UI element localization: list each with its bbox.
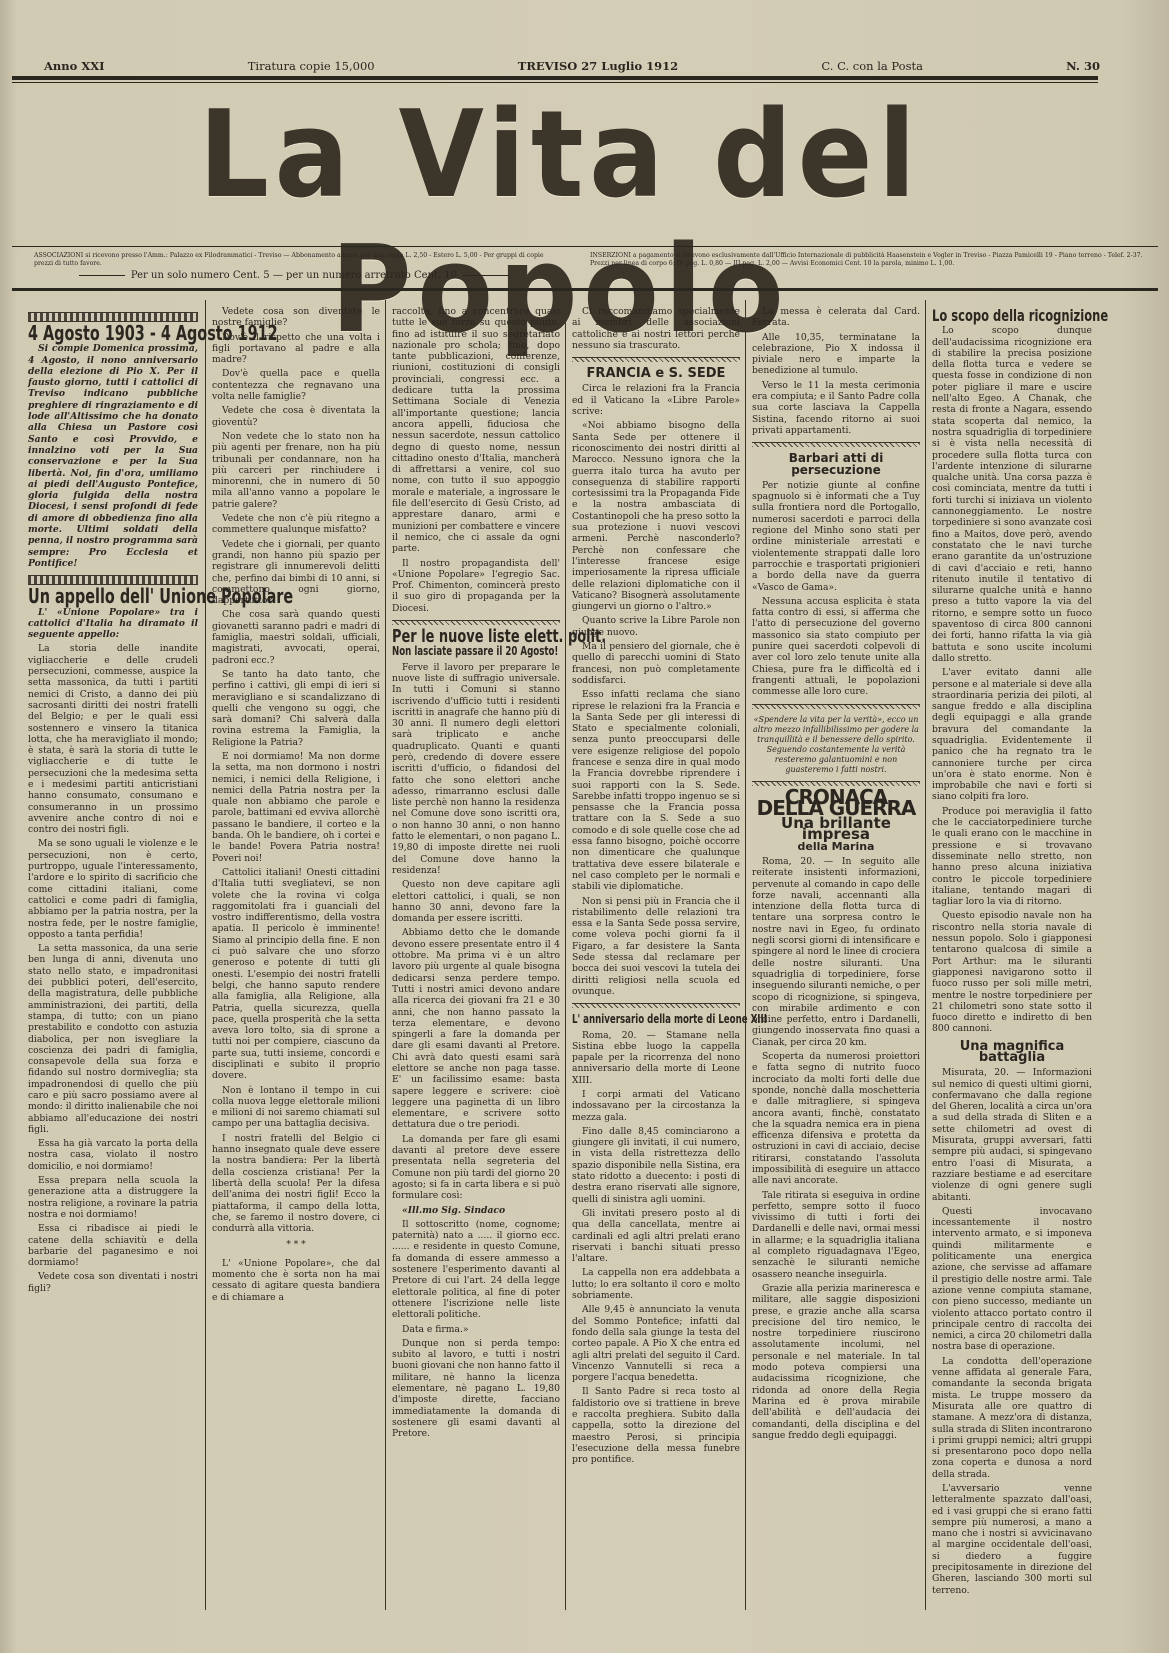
- column-2: Vedete cosa son diventate le nostre fami…: [212, 306, 380, 1306]
- column-divider: [745, 300, 746, 1610]
- paragraph: Produce poi meraviglia il fatto che le c…: [932, 806, 1092, 908]
- paragraph: Circa le relazioni fra la Francia ed il …: [572, 383, 740, 417]
- paragraph: Non si pensi più in Francia che il rista…: [572, 896, 740, 998]
- associazioni-box: ASSOCIAZIONI si ricevono presso l'Amm.: …: [34, 252, 554, 280]
- issue-number: N. 30: [1066, 59, 1100, 73]
- paragraph: Dov'è quella pace e quella contentezza c…: [212, 368, 380, 402]
- paragraph: Il sottoscritto (nome, cognome; paternit…: [392, 1219, 560, 1321]
- paragraph: Vedete che non c'è più ritegno a commett…: [212, 513, 380, 536]
- paragraph: Il nostro propagandista dell' «Unione Po…: [392, 558, 560, 614]
- paragraph: Essa ha già varcato la porta della nostr…: [28, 1138, 198, 1172]
- inserzioni-text: INSERZIONI a pagamento si ricevono esclu…: [590, 252, 1143, 267]
- tiratura-label: Tiratura copie 15,000: [248, 59, 375, 73]
- column-6: Lo scopo della ricognizione Lo scopo dun…: [932, 306, 1092, 1599]
- paragraph: E noi dormiamo! Ma non dorme la setta, m…: [212, 751, 380, 864]
- paragraph: Che cosa sarà quando questi giovanetti s…: [212, 609, 380, 665]
- subhead-rule-top: [12, 246, 1158, 247]
- paragraph: La condotta dell'operazione venne affida…: [932, 1356, 1092, 1480]
- column-divider: [925, 300, 926, 1610]
- paragraph: Esso infatti reclama che siano riprese l…: [572, 689, 740, 892]
- paragraph: Questo episodio navale non ha riscontro …: [932, 910, 1092, 1034]
- paragraph: «Ill.mo Sig. Sindaco: [392, 1205, 560, 1216]
- paragraph: Nessuna accusa esplicita è stata fatta c…: [752, 596, 920, 698]
- paragraph: Vedete cosa son diventati i nostri figli…: [28, 1271, 198, 1294]
- paragraph: Non vedete che lo stato non ha più agent…: [212, 431, 380, 510]
- paragraph: Quanto scrive la Libre Parole non giunge…: [572, 615, 740, 638]
- section-stars: * * *: [212, 1240, 380, 1251]
- paragraph: Data e firma.»: [392, 1324, 560, 1335]
- paragraph: Questi invocavano incessantemente il nos…: [932, 1206, 1092, 1353]
- column-3: raccolta, fino a concentrare quasi tutte…: [392, 306, 560, 1443]
- dateline: TREVISO 27 Luglio 1912: [518, 59, 678, 73]
- paragraph: Ma se sono uguali le violenze e le perse…: [28, 838, 198, 940]
- paragraph: La setta massonica, da una serie ben lun…: [28, 943, 198, 1135]
- paragraph: I corpi armati del Vaticano indossavano …: [572, 1089, 740, 1123]
- paragraph: «Noi abbiamo bisogno della Santa Sede pe…: [572, 420, 740, 612]
- ornament-divider: [572, 1003, 740, 1008]
- masthead-title: La Vita del Popolo: [137, 88, 983, 223]
- scopo-title: Lo scopo della ricognizione: [932, 310, 1047, 321]
- newspaper-page: Anno XXI Tiratura copie 15,000 TREVISO 2…: [0, 0, 1169, 1653]
- paragraph: Scoperta da numerosi proiettori e fatta …: [752, 1051, 920, 1187]
- ornament-divider: [752, 704, 920, 709]
- paragraph: Verso le 11 la mesta cerimonia era compi…: [752, 380, 920, 436]
- cronaca-title: CRONACA DELLA GUERRA: [752, 792, 920, 815]
- paragraph: Il Santo Padre si reca tosto al faldisto…: [572, 1386, 740, 1465]
- paragraph: Ferve il lavoro per preparare le nuove l…: [392, 662, 560, 877]
- paragraph: Fino dalle 8,45 cominciarono a giungere …: [572, 1126, 740, 1205]
- paragraph: Roma, 20. — Stamane nella Sistina ebbe l…: [572, 1030, 740, 1086]
- quote-box: «Spendere la vita per la verità», ecco u…: [752, 715, 920, 775]
- inserzioni-box: INSERZIONI a pagamento si ricevono esclu…: [590, 252, 1150, 268]
- paragraph: La messa è celerata dal Card. Ferrata.: [752, 306, 920, 329]
- paragraph: Alle 9,45 è annunciato la venuta del Som…: [572, 1304, 740, 1383]
- paragraph: Ci raccomandiamo specialmente ai membri …: [572, 306, 740, 351]
- appello-intro: L' «Unione Popolare» tra i cattolici d'I…: [28, 607, 198, 641]
- column-divider: [205, 300, 206, 1610]
- column-divider: [385, 300, 386, 1610]
- paragraph: Ma il pensiero del giornale, che è quell…: [572, 641, 740, 686]
- paragraph: Vedete che i giornali, per quanto grandi…: [212, 539, 380, 607]
- subhead-rule-bottom: [12, 288, 1158, 291]
- top-rule-thin: [12, 82, 1098, 83]
- paragraph: Tale ritirata si eseguiva in ordine perf…: [752, 1190, 920, 1280]
- paragraph: Questo non deve capitare agli elettori c…: [392, 879, 560, 924]
- paragraph: L'avversario venne letteralmente spazzat…: [932, 1483, 1092, 1596]
- column-4: Ci raccomandiamo specialmente ai membri …: [572, 306, 740, 1469]
- paragraph: La cappella non era addebbata a lutto; l…: [572, 1267, 740, 1301]
- paragraph: Vedete che cosa è diventata la gioventù?: [212, 405, 380, 428]
- francia-title: FRANCIA e S. SEDE: [572, 368, 740, 379]
- paragraph: raccolta, fino a concentrare quasi tutte…: [392, 306, 560, 555]
- paragraph: Vedete cosa son diventate le nostre fami…: [212, 306, 380, 329]
- paragraph: La domanda per fare gli esami davanti al…: [392, 1134, 560, 1202]
- ornament-divider: [572, 357, 740, 362]
- associazioni-text: ASSOCIAZIONI si ricevono presso l'Amm.: …: [34, 252, 544, 267]
- paragraph: Per notizie giunte al confine spagnuolo …: [752, 480, 920, 593]
- paragraph: Non è lontano il tempo in cui colla nuov…: [212, 1085, 380, 1130]
- posta-label: C. C. con la Posta: [821, 59, 923, 73]
- paragraph: Roma, 20. — In seguito alle reiterate in…: [752, 856, 920, 1048]
- top-rule: [12, 76, 1098, 80]
- paragraph: Essa prepara nella scuola la generazione…: [28, 1175, 198, 1220]
- anniversary-text: Si compie Domenica prossima, 4 Agosto, i…: [28, 343, 198, 569]
- anniversary-title: 4 Agosto 1903 - 4 Agosto 1912: [28, 328, 150, 339]
- paragraph: Grazie alla perizia marineresca e milita…: [752, 1283, 920, 1441]
- ornament-divider: [752, 442, 920, 447]
- liste-title: Per le nuove liste elett. polit.: [392, 631, 513, 642]
- battaglia-title: Una magnifica battaglia: [932, 1041, 1092, 1064]
- impresa-subtitle: della Marina: [752, 841, 920, 852]
- paragraph: L'aver evitato danni alle persone e al m…: [932, 667, 1092, 803]
- top-info-bar: Anno XXI Tiratura copie 15,000 TREVISO 2…: [44, 58, 1100, 74]
- paragraph: Alle 10,35, terminatane la celebrazione,…: [752, 332, 920, 377]
- leone-title: L' anniversario della morte di Leone XII…: [572, 1014, 693, 1025]
- paragraph: Abbiamo detto che le domande devono esse…: [392, 927, 560, 1130]
- paragraph: Lo scopo dunque dell'audacissima ricogni…: [932, 325, 1092, 664]
- anno-label: Anno XXI: [44, 59, 105, 73]
- barbari-title: Barbari atti di persecuzione: [752, 453, 920, 476]
- appello-title: Un appello dell' Unione Popolare: [28, 591, 150, 602]
- paragraph: Misurata, 20. — Informazioni sul nemico …: [932, 1067, 1092, 1203]
- ornament-divider: [392, 620, 560, 625]
- paragraph: L' «Unione Popolare», che dal momento ch…: [212, 1258, 380, 1303]
- column-1: 4 Agosto 1903 - 4 Agosto 1912 Si compie …: [28, 306, 198, 1297]
- paragraph: Gli invitati presero posto al di qua del…: [572, 1208, 740, 1264]
- paragraph: Cattolici italiani! Onesti cittadini d'I…: [212, 867, 380, 1082]
- impresa-title: Una brillante impresa: [752, 818, 920, 841]
- price-line: Per un solo numero Cent. 5 — per un nume…: [34, 272, 554, 280]
- paragraph: I nostri fratelli del Belgio ci hanno in…: [212, 1133, 380, 1235]
- column-divider: [565, 300, 566, 1610]
- liste-subtitle: Non lasciate passare il 20 Agosto!: [392, 646, 513, 657]
- paragraph: Essa ci ribadisce ai piedi le catene del…: [28, 1223, 198, 1268]
- paragraph: Dov'è il rispetto che una volta i figli …: [212, 332, 380, 366]
- paragraph: La storia delle inandite vigliaccherie e…: [28, 643, 198, 835]
- paragraph: Se tanto ha dato tanto, che perfino i ca…: [212, 669, 380, 748]
- paragraph: Dunque non si perda tempo: subito al lav…: [392, 1338, 560, 1440]
- column-5: La messa è celerata dal Card. Ferrata. A…: [752, 306, 920, 1444]
